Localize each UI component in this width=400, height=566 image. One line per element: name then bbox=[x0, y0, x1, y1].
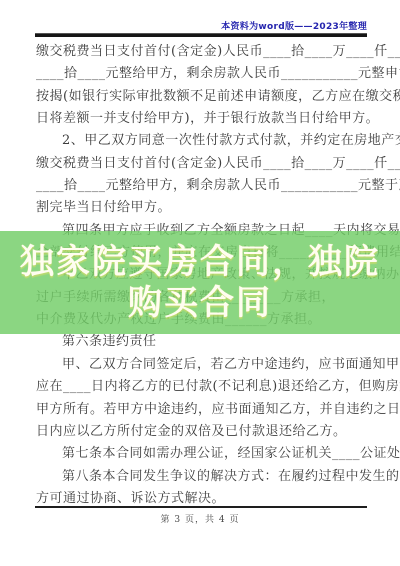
header-rule bbox=[35, 33, 367, 37]
document-line: 甲方所有。若甲方中途违约，应书面通知乙方，并自违约之日起____ bbox=[36, 399, 370, 421]
document-line: 缴交税费当日支付首付(含定金)人民币____拾____万____仟____佰 bbox=[36, 41, 370, 63]
document-line: ____拾____元整给甲方，剩余房款人民币___________元整于产权交 bbox=[36, 175, 370, 197]
header-note: 本资料为word版——2023年整理 bbox=[221, 19, 367, 32]
document-line: 第七条本合同如需办理公证，经国家公证机关____公证处公证。 bbox=[36, 443, 370, 465]
footer-rule bbox=[35, 506, 367, 508]
document-line: 2、甲乙双方同意一次性付款方式付款，并约定在房地产交易中心 bbox=[36, 130, 370, 152]
document-line: 缴交税费当日支付首付(含定金)人民币____拾____万____仟____佰 bbox=[36, 153, 370, 175]
document-line: 按揭(如银行实际审批数额不足前述申请额度，乙方应在缴交税费当 bbox=[36, 86, 370, 108]
overlay-title: 独家院买房合同，独院购买合同 bbox=[19, 242, 381, 324]
document-line: 日将差额一并支付给甲方)，并于银行放款当日付给甲方。 bbox=[36, 108, 370, 130]
title-overlay-band: 独家院买房合同，独院购买合同 bbox=[0, 231, 400, 334]
document-line: 割完毕当日付给甲方。 bbox=[36, 197, 370, 219]
document-page: 本资料为word版——2023年整理 缴交税费当日支付首付(含定金)人民币___… bbox=[0, 0, 400, 566]
document-line: 甲、乙双方合同签定后，若乙方中途违约，应书面通知甲方，甲方 bbox=[36, 354, 370, 376]
document-line: 日内应以乙方所付定金的双倍及已付款退还给乙方。 bbox=[36, 421, 370, 443]
document-line: 第六条违约责任 bbox=[36, 331, 370, 353]
document-line: ____拾____元整给甲方，剩余房款人民币___________元整申请银行 bbox=[36, 63, 370, 85]
document-line: 应在____日内将乙方的已付款(不记利息)退还给乙方，但购房定金归 bbox=[36, 376, 370, 398]
document-line: 第八条本合同发生争议的解决方式：在履约过程中发生的争议，双 bbox=[36, 466, 370, 488]
page-number: 第 3 页，共 4 页 bbox=[0, 512, 400, 525]
